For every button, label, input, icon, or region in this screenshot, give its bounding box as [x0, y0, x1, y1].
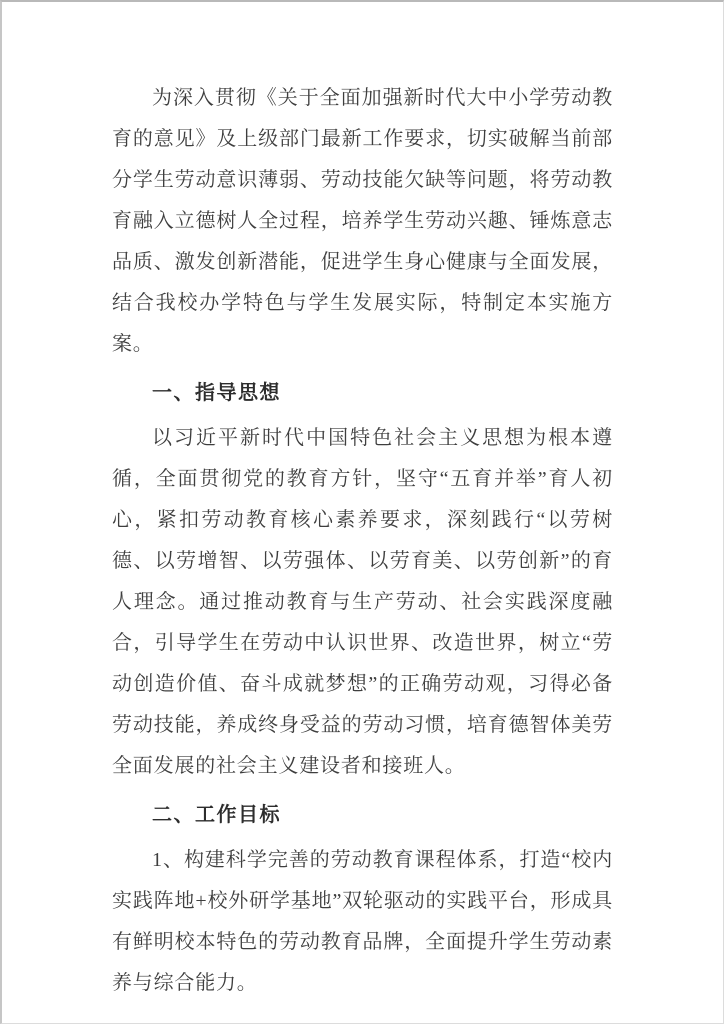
section-work-goals-paragraph: 1、构建科学完善的劳动教育课程体系，打造“校内实践阵地+校外研学基地”双轮驱动的…: [112, 840, 613, 1004]
intro-paragraph: 为深入贯彻《关于全面加强新时代大中小学劳动教育的意见》及上级部门最新工作要求，切…: [112, 78, 613, 365]
section-heading-work-goals: 二、工作目标: [112, 795, 613, 836]
section-heading-guiding-ideology: 一、指导思想: [112, 373, 613, 414]
document-page: 为深入贯彻《关于全面加强新时代大中小学劳动教育的意见》及上级部门最新工作要求，切…: [0, 0, 724, 1024]
section-guiding-ideology-paragraph: 以习近平新时代中国特色社会主义思想为根本遵循，全面贯彻党的教育方针，坚守“五育并…: [112, 418, 613, 787]
